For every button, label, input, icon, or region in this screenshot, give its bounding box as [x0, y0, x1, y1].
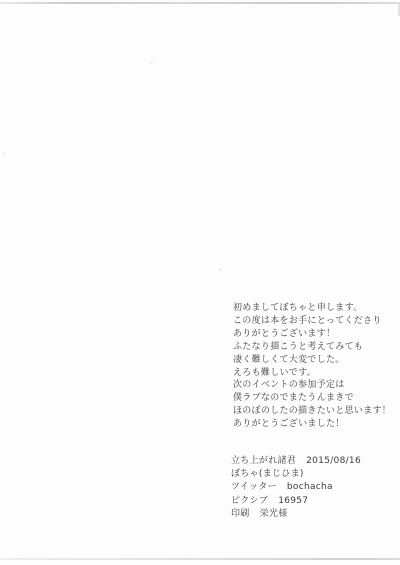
afterword-line: 初めましてぼちゃと申します。	[233, 302, 391, 315]
scan-noise-speck	[219, 268, 222, 271]
colophon-row-printer: 印刷栄光様	[231, 508, 361, 521]
scan-noise-speck	[2, 152, 5, 155]
afterword-line: 次のイベントの参加予定は	[233, 379, 391, 392]
colophon-block: 立ち上がれ諸君2015/08/16 ぼちゃ(まじひま) ツイッターbochach…	[231, 455, 361, 521]
printer-label: 印刷	[231, 509, 250, 519]
twitter-handle: bochacha	[287, 482, 333, 492]
afterword-line: 凄く難しくて大変でした。	[233, 354, 391, 367]
release-date: 2015/08/16	[306, 456, 361, 466]
colophon-row-title: 立ち上がれ諸君2015/08/16	[231, 455, 361, 468]
scan-edge-top	[0, 2, 400, 4]
pixiv-id: 16957	[278, 496, 308, 506]
scanned-page: 初めましてぼちゃと申します。 この度は本をお手にとってくださり ありがとうござい…	[0, 0, 400, 565]
printer-name: 栄光様	[260, 509, 288, 519]
colophon-row-pixiv: ピクシブ16957	[231, 495, 361, 508]
book-title: 立ち上がれ諸君	[231, 456, 296, 466]
afterword-line: ありがとうございます！	[233, 328, 391, 341]
author-name: ぼちゃ(まじひま)	[231, 469, 304, 479]
afterword-line: 僕ラブなのでまたうんまきで	[233, 392, 391, 405]
colophon-row-author: ぼちゃ(まじひま)	[231, 468, 361, 481]
scan-noise-speck	[150, 62, 153, 64]
colophon-row-twitter: ツイッターbochacha	[231, 481, 361, 494]
pixiv-label: ピクシブ	[231, 496, 268, 506]
afterword-line: ふたなり描こうと考えてみても	[233, 341, 391, 354]
afterword-line: えろも難しいです。	[233, 367, 391, 380]
twitter-label: ツイッター	[231, 482, 277, 492]
afterword-line: この度は本をお手にとってくださり	[233, 315, 391, 328]
afterword-line: ほのぼのしたの描きたいと思います！	[233, 405, 391, 418]
afterword-line: ありがとうございました！	[233, 418, 391, 431]
scan-edge-bottom	[0, 558, 400, 560]
afterword-text-block: 初めましてぼちゃと申します。 この度は本をお手にとってくださり ありがとうござい…	[233, 302, 391, 431]
